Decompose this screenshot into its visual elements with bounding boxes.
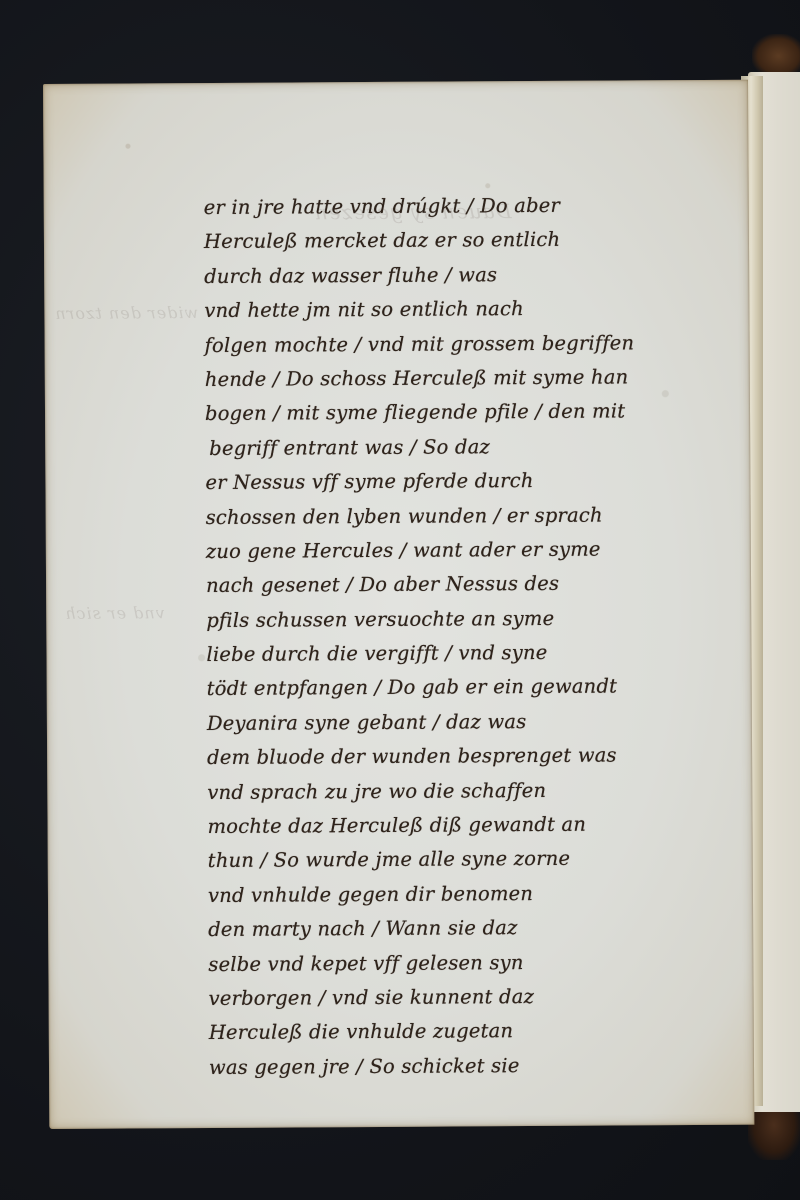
manuscript-line: pfils schussen versuochte an syme — [206, 600, 756, 638]
manuscript-line: verborgen / vnd sie kunnent daz — [208, 979, 758, 1017]
manuscript-text-block: er in jre hatte vnd drúgkt / Do aber Her… — [204, 188, 759, 1085]
manuscript-page: Dauen sy gesezen wider den tzorn vnd er … — [43, 80, 754, 1129]
manuscript-line: bogen / mit syme fliegende pfile / den m… — [205, 394, 755, 432]
show-through-text: vnd er sich — [64, 603, 165, 623]
manuscript-line: hende / Do schoss Herculeß mit syme han — [205, 360, 755, 398]
manuscript-line: begriff entrant was / So daz — [205, 428, 755, 466]
binding-leather-bottom — [748, 1110, 800, 1160]
manuscript-line: dem bluode der wunden besprenget was — [207, 738, 757, 776]
manuscript-line: Herculeß mercket daz er so entlich — [204, 222, 754, 260]
manuscript-line: er in jre hatte vnd drúgkt / Do aber — [204, 188, 754, 226]
manuscript-line: liebe durch die vergifft / vnd syne — [206, 635, 756, 673]
manuscript-line: Deyanira syne gebant / daz was — [207, 704, 757, 742]
manuscript-line: vnd vnhulde gegen dir benomen — [208, 875, 758, 913]
manuscript-line: schossen den lyben wunden / er sprach — [206, 497, 756, 535]
manuscript-line: was gegen jre / So schicket sie — [209, 1047, 759, 1085]
manuscript-line: er Nessus vff syme pferde durch — [205, 463, 755, 501]
manuscript-line: Herculeß die vnhulde zugetan — [209, 1013, 759, 1051]
manuscript-line: vnd hette jm nit so entlich nach — [204, 291, 754, 329]
manuscript-line: thun / So wurde jme alle syne zorne — [208, 841, 758, 879]
manuscript-line: nach gesenet / Do aber Nessus des — [206, 566, 756, 604]
manuscript-line: selbe vnd kepet vff gelesen syn — [208, 944, 758, 982]
show-through-text: wider den tzorn — [54, 303, 198, 323]
manuscript-line: zuo gene Hercules / want ader er syme — [206, 532, 756, 570]
manuscript-line: tödt entpfangen / Do gab er ein gewandt — [207, 669, 757, 707]
manuscript-line: vnd sprach zu jre wo die schaffen — [207, 772, 757, 810]
manuscript-line: den marty nach / Wann sie daz — [208, 910, 758, 948]
manuscript-line: mochte daz Herculeß diß gewandt an — [207, 807, 757, 845]
manuscript-line: durch daz wasser fluhe / was — [204, 256, 754, 294]
manuscript-line: folgen mochte / vnd mit grossem begriffe… — [204, 325, 754, 363]
